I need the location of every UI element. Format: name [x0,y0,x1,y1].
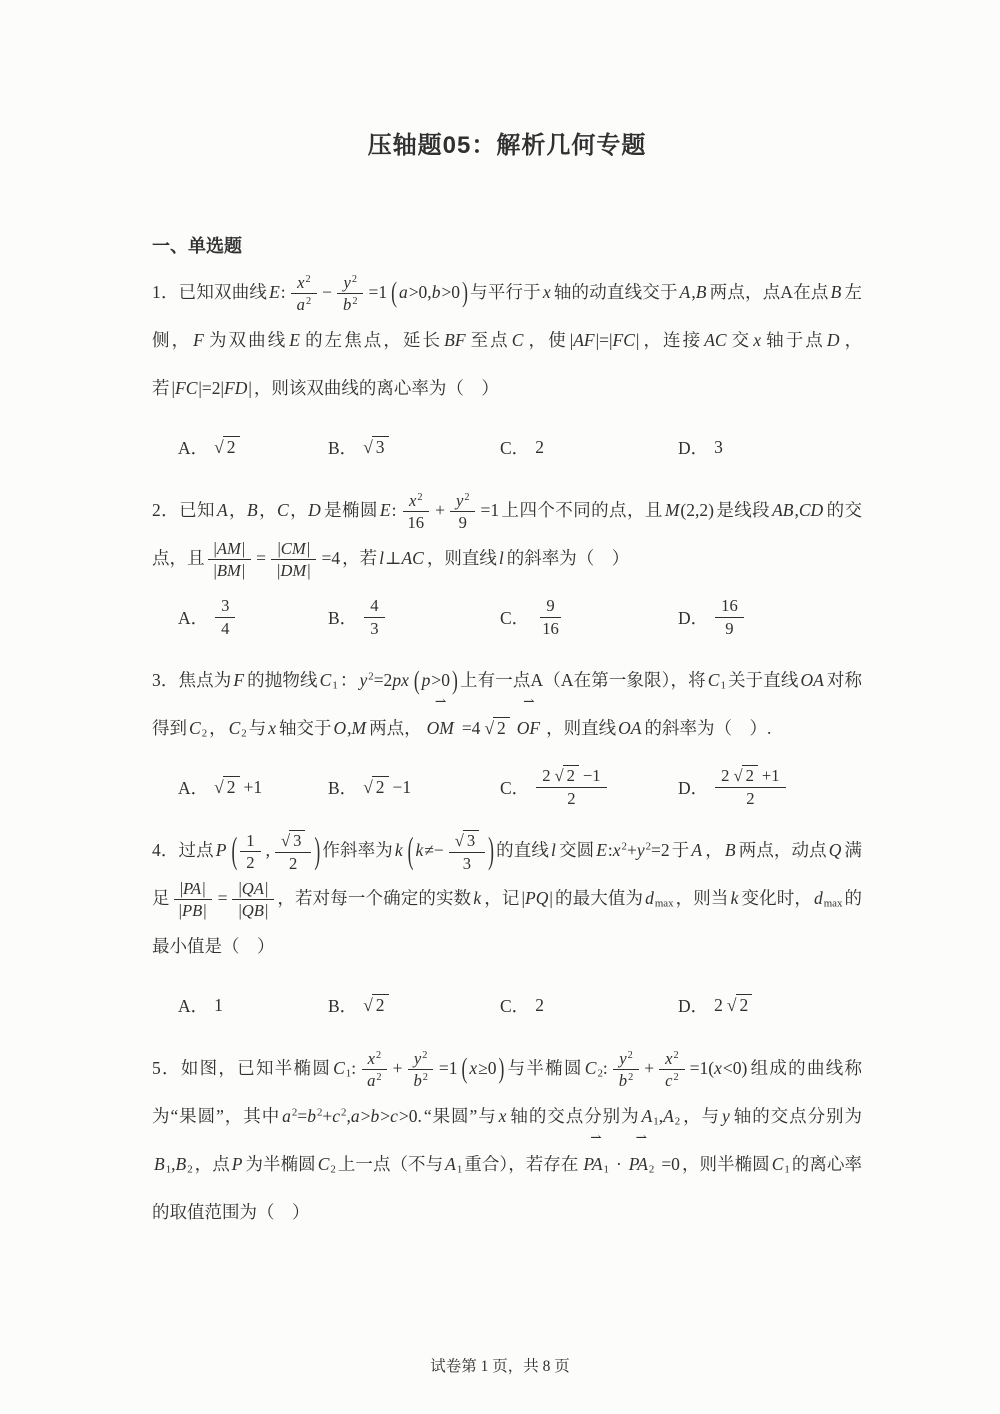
question-1-option-c: C．2 [500,435,678,460]
option-label: B． [328,435,357,460]
option-label: D． [678,605,708,630]
option-label: A． [178,435,208,460]
option-label: C． [500,605,529,630]
question-4-option-c: C．2 [500,993,678,1018]
question-2-option-b: B．43 [328,596,500,639]
question-1-option-a: A．√2 [178,435,328,460]
question-2-text: 2．已知A，B，C，D是椭圆E:x216+y29=1上四个不同的点，且M(2,2… [152,486,862,582]
option-label: B． [328,993,357,1018]
option-label: D． [678,775,708,800]
option-label: A． [178,993,208,1018]
question-3-option-a: A．√2+1 [178,775,328,800]
option-label: C． [500,993,529,1018]
question-3-options: A．√2+1B．√2−1C．2√2−12D．2√2+12 [152,764,862,810]
option-label: B． [328,775,357,800]
question-2-option-a: A．34 [178,596,328,639]
question-2-option-d: D．169 [678,596,862,639]
question-1-option-b: B．√3 [328,435,500,460]
option-label: B． [328,605,357,630]
question-2-option-c: C．916 [500,596,678,639]
question-2-options: A．34B．43C．916D．169 [152,594,862,640]
question-4-text: 4．过点P(12,√32)作斜率为k(k≠−√33)的直线l交圆E:x2+y2=… [152,826,862,970]
question-5-text: 5．如图，已知半椭圆C1:x2a2+y2b2=1(x≥0)与半椭圆C2:y2b2… [152,1044,862,1236]
option-label: A． [178,605,208,630]
question-1-option-d: D．3 [678,435,862,460]
option-label: D． [678,993,708,1018]
question-4-option-b: B．√2 [328,993,500,1018]
question-3-text: 3．焦点为F的抛物线C1：y2=2px(p>0)上有一点A（A在第一象限），将C… [152,656,862,752]
option-label: C． [500,775,529,800]
section-heading: 一、单选题 [152,232,862,258]
question-1-options: A．√2B．√3C．2D．3 [152,424,862,470]
doc-title: 压轴题05：解析几何专题 [152,125,862,160]
question-3-option-c: C．2√2−12 [500,765,678,809]
question-4-options: A．1B．√2C．2D．2√2 [152,982,862,1028]
page-number: 试卷第 1 页，共 8 页 [0,1354,1000,1376]
questions-list: 1．已知双曲线E:x2a2−y2b2=1(a>0,b>0)与平行于x轴的动直线交… [152,268,862,1236]
question-4-option-a: A．1 [178,993,328,1018]
option-label: C． [500,435,529,460]
question-1-text: 1．已知双曲线E:x2a2−y2b2=1(a>0,b>0)与平行于x轴的动直线交… [152,268,862,412]
question-3-option-b: B．√2−1 [328,775,500,800]
question-4-option-d: D．2√2 [678,993,862,1018]
question-3-option-d: D．2√2+12 [678,765,862,809]
option-label: D． [678,435,708,460]
document-page: 压轴题05：解析几何专题 一、单选题 1．已知双曲线E:x2a2−y2b2=1(… [0,0,1000,1414]
option-label: A． [178,775,208,800]
